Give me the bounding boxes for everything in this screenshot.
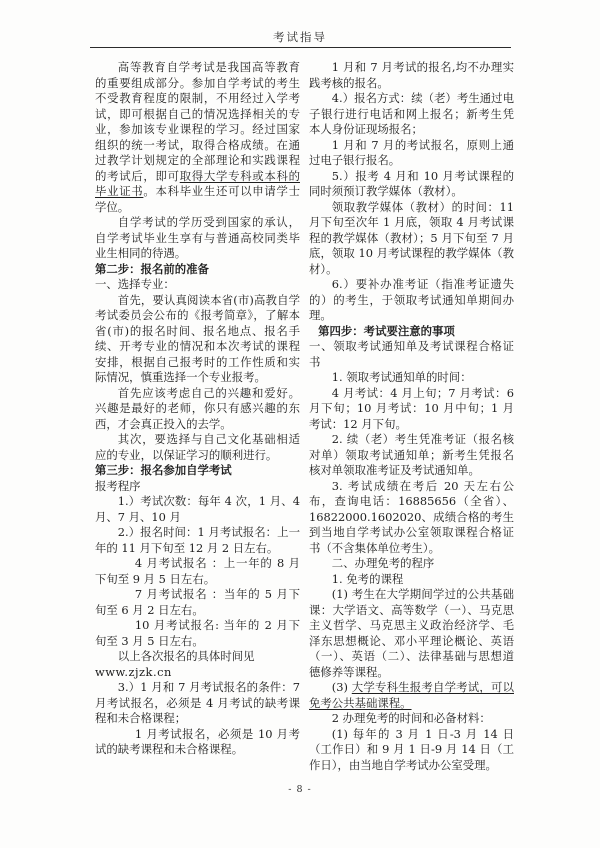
paragraph: 自学考试的学历受到国家的承认，自学考试毕业生享有与普通高校同类毕业生相同的待遇。 [95, 215, 300, 262]
text-segment: 高等教育自学考试是我国高等教育的重要组成部分。参加自学考试的考生不受教育程度的限… [95, 60, 300, 183]
paragraph: 3.）1 月和 7 月考试报名的条件：7 月考试报名，必须是 4 月考试的缺考课… [95, 680, 300, 727]
paragraph: (1) 考生在大学期间学过的公共基础课：大学语文、高等数学（一）、马克思主义哲学… [309, 587, 514, 680]
paragraph: 5.）报考 4 月和 10 月考试课程的同时须预订教学媒体（教材）。 [309, 169, 514, 200]
paragraph: 3. 考试成绩在考后 20 天左右公布，查询电话：16885656（全省）、16… [309, 479, 514, 557]
paragraph: 1 月和 7 月的考试报名，原则上通过电子银行报名。 [309, 138, 514, 169]
text-segment: (3) [332, 680, 352, 694]
paragraph: 首先应该考虑自己的兴趣和爱好。兴趣是最好的老师，你只有感兴趣的东西，才会真正投入… [95, 386, 300, 433]
list-item-label: 一、选择专业： [95, 277, 300, 293]
paragraph: 4 月考试报名 ：上一年的 8 月下旬至 9 月 5 日左右。 [95, 556, 300, 587]
paragraph: 2. 续（老）考生凭准考证（报名核对单）领取考试通知单；新考生凭报名核对单领取准… [309, 432, 514, 479]
paragraph-underlined: (3) 大学专科生报考自学考试，可以免考公共基础课程。 [309, 680, 514, 711]
paragraph: 4.）报名方式：续（老）考生通过电子银行进行电话和网上报名；新考生凭本人身份证现… [309, 91, 514, 138]
paragraph: 首先，要认真阅读本省(市)高教自学考试委员会公布的《报考简章》，了解本省(市)的… [95, 293, 300, 386]
page-header-title: 考试指导 [0, 29, 600, 45]
paragraph: 其次，要选择与自己文化基础相适应的专业，以保证学习的顺利进行。 [95, 432, 300, 463]
paragraph: 1.）考试次数：每年 4 次，1 月、4 月、7 月、10 月 [95, 494, 300, 525]
document-page: 考试指导 高等教育自学考试是我国高等教育的重要组成部分。参加自学考试的考生不受教… [0, 0, 600, 848]
paragraph: 2 办理免考的时间和必备材料： [309, 711, 514, 727]
page-footer: - 8 - [0, 784, 600, 795]
paragraph: 7 月考试报名 ：当年的 5 月下旬至 6 月 2 日左右。 [95, 587, 300, 618]
page-number: - 8 - [288, 784, 312, 795]
paragraph: 1. 免考的课程 [309, 572, 514, 588]
section-heading-step4: 第四步：考试要注意的事项 [309, 324, 514, 340]
list-item-label: 一、领取考试通知单及考试课程合格证书 [309, 339, 514, 370]
paragraph: 10 月考试报名: 当年的 2 月下旬至 3 月 5 日左右。 [95, 618, 300, 649]
paragraph: 4 月考试：4 月上旬；7 月考试：6 月下旬；10 月考试：10 月中旬；1 … [309, 386, 514, 433]
list-item-label: 二、办理免考的程序 [309, 556, 514, 572]
paragraph: 领取教学媒体（教材）的时间：11 月下旬至次年 1 月底，领取 4 月考试课程的… [309, 200, 514, 278]
header-divider [90, 47, 511, 48]
section-heading-step2: 第二步：报名前的准备 [95, 262, 300, 278]
section-heading-step3: 第三步：报名参加自学考试 [95, 463, 300, 479]
right-column: 1 月和 7 月考试的报名,均不办理实践考核的报名。 4.）报名方式：续（老）考… [309, 60, 514, 773]
content-columns: 高等教育自学考试是我国高等教育的重要组成部分。参加自学考试的考生不受教育程度的限… [95, 60, 514, 773]
left-column: 高等教育自学考试是我国高等教育的重要组成部分。参加自学考试的考生不受教育程度的限… [95, 60, 300, 773]
paragraph-intro: 高等教育自学考试是我国高等教育的重要组成部分。参加自学考试的考生不受教育程度的限… [95, 60, 300, 215]
website-url: www.zjzk.cn [95, 665, 300, 681]
paragraph: 以上各次报名的具体时间见 [95, 649, 300, 665]
paragraph: 2.）报名时间：1 月考试报名：上一年的 11 月下旬至 12 月 2 日左右。 [95, 525, 300, 556]
paragraph: (1) 每年的 3 月 1 日-3 月 14 日（工作日）和 9 月 1 日-9… [309, 727, 514, 774]
paragraph: 1 月和 7 月考试的报名,均不办理实践考核的报名。 [309, 60, 514, 91]
paragraph: 1 月考试报名，必须是 10 月考试的缺考课程和未合格课程。 [95, 727, 300, 758]
paragraph: 6.）要补办准考证（指准考证遗失的）的考生，于领取考试通知单期间办理。 [309, 277, 514, 324]
paragraph: 1. 领取考试通知单的时间： [309, 370, 514, 386]
subheading-procedure: 报考程序 [95, 479, 300, 495]
